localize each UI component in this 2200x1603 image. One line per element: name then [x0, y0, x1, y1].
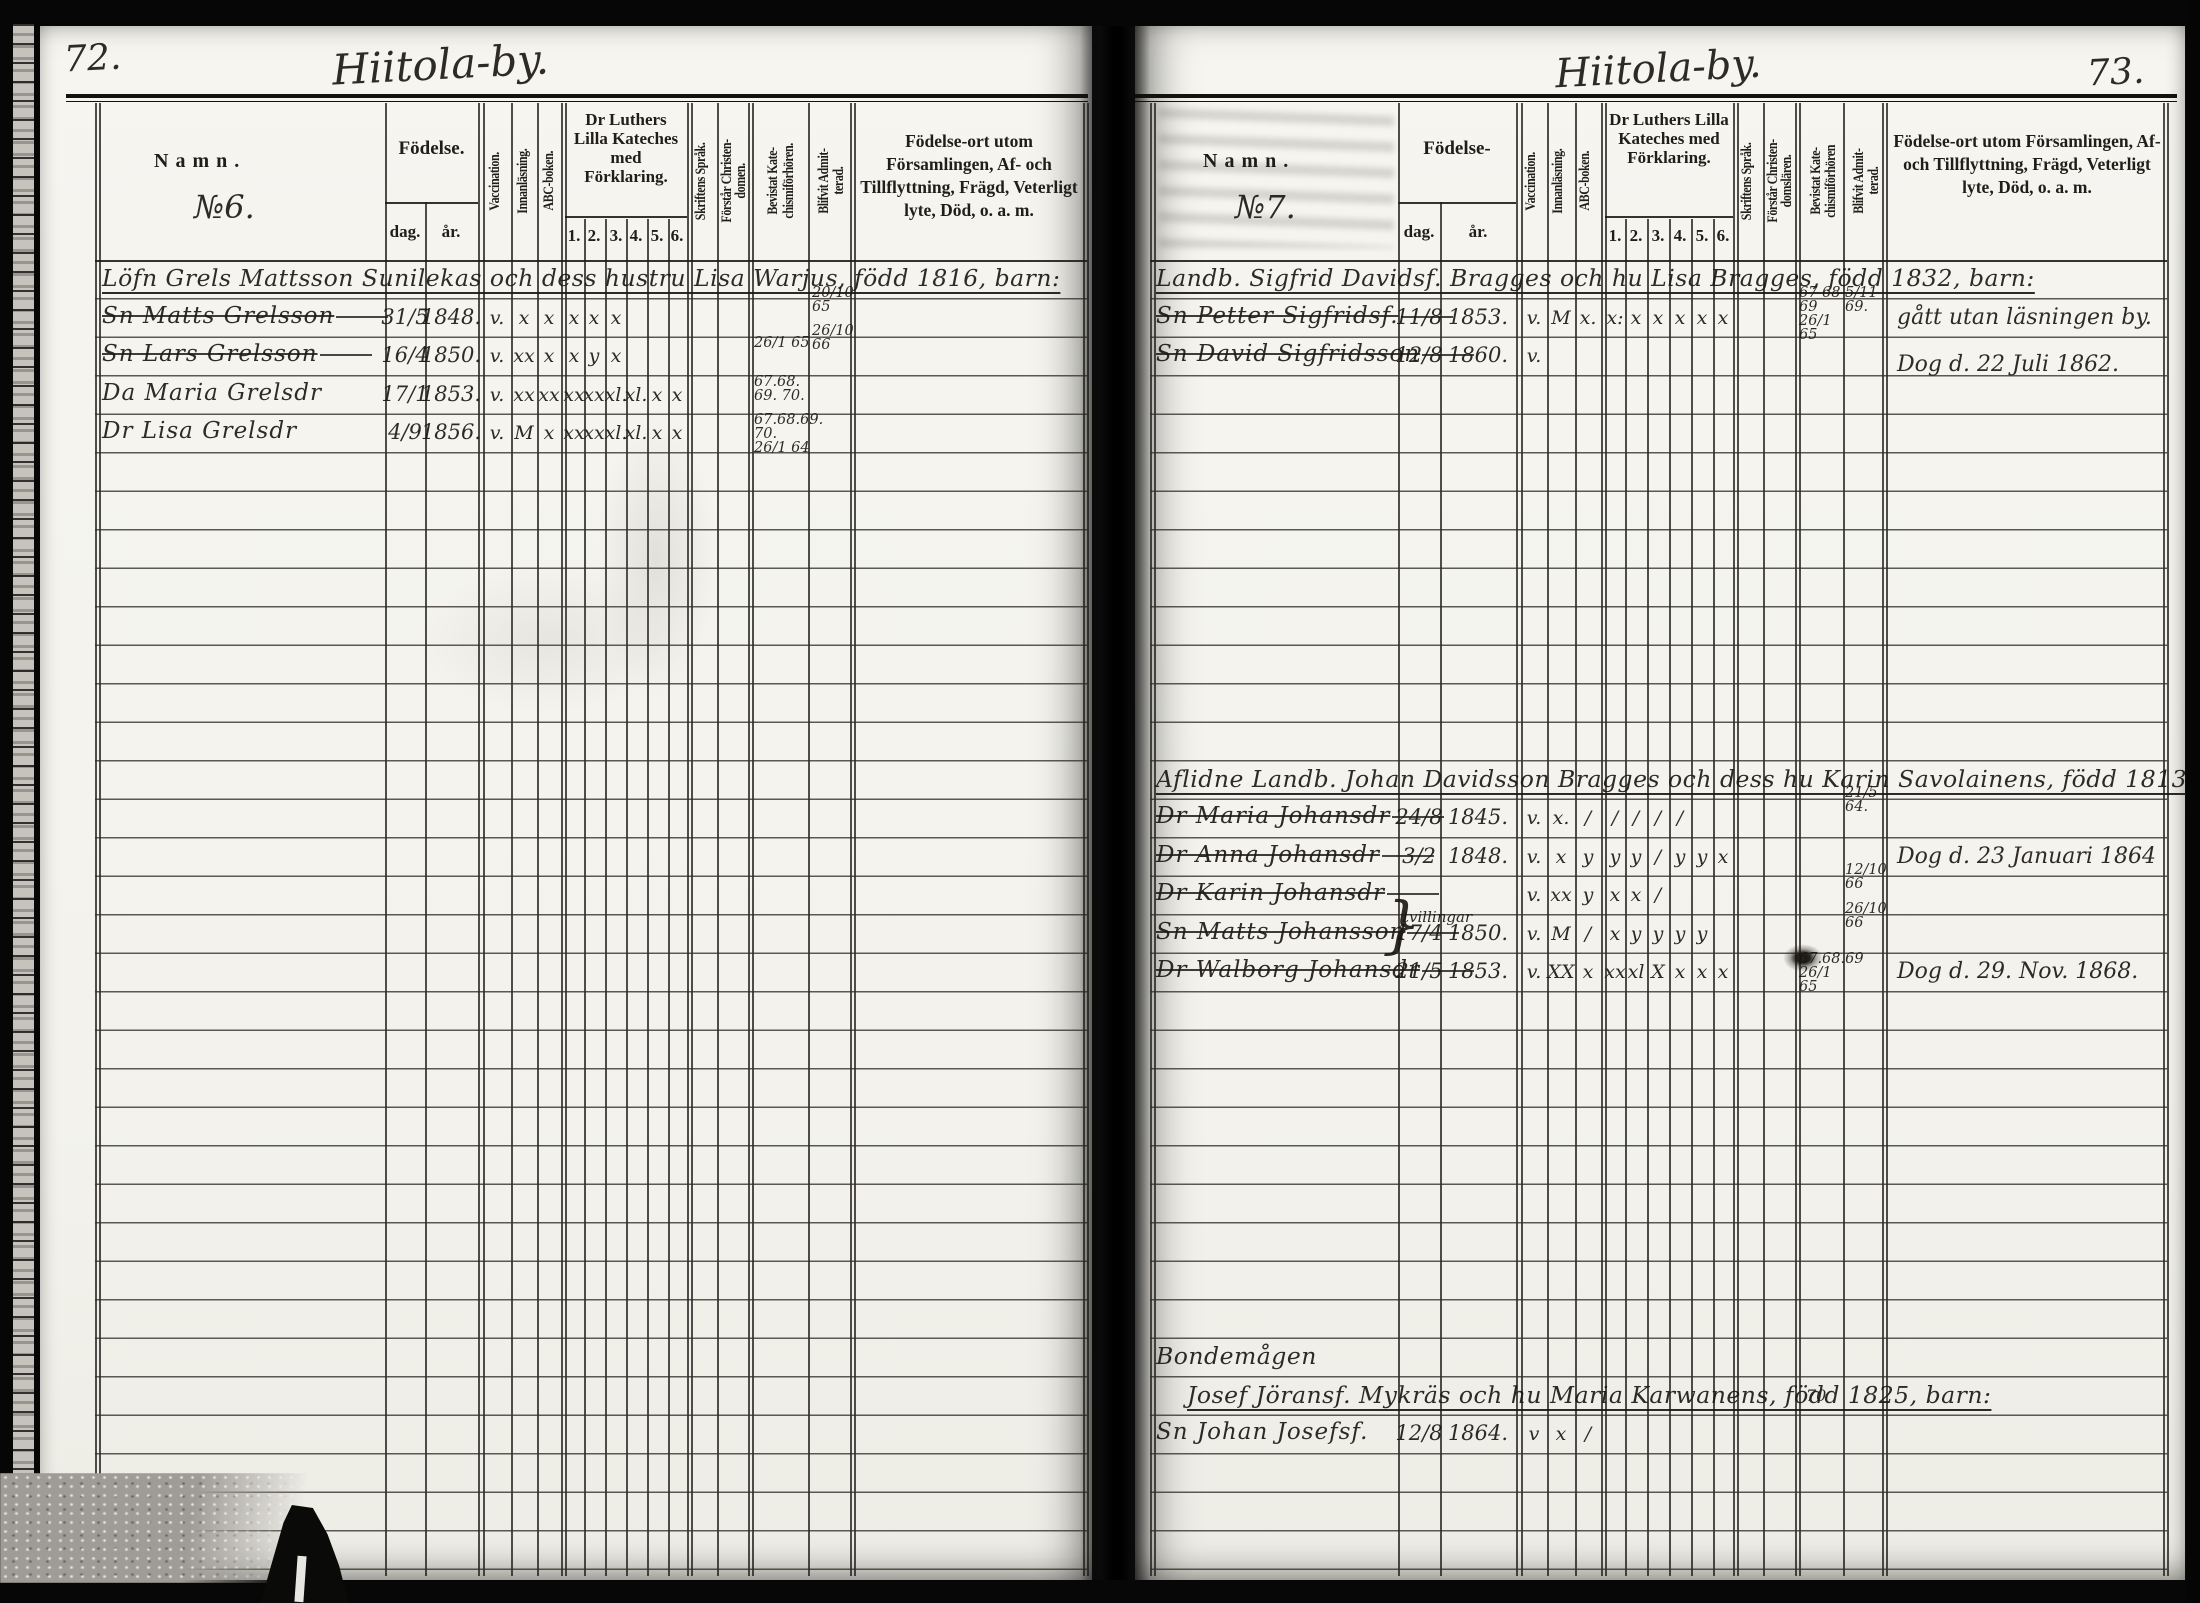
mark-k3: x: [1653, 307, 1664, 329]
header-ar: år.: [1469, 222, 1488, 242]
family-heading: Löfn Grels Mattsson Sunilekas och dess h…: [102, 264, 1060, 292]
birth-year: 1853.: [1448, 959, 1508, 983]
header-fodelseort: Födelse-ort utom Församlingen, Af- och T…: [858, 130, 1080, 222]
table-row: Dr Karin Johansdr v. xx y x x / 12/10 66: [1135, 877, 2185, 916]
birth-day: 12/8: [1395, 1421, 1442, 1445]
mark-vaccination: v.: [1527, 345, 1542, 367]
mark-abc: /: [1585, 807, 1591, 829]
admitted-note: 12/10 66: [1845, 863, 1887, 891]
header-k1: 1.: [1609, 226, 1622, 246]
admitted-note: 26/10 66: [1845, 902, 1887, 930]
mark-vaccination: v.: [490, 307, 505, 329]
mark-k3: X: [1651, 961, 1665, 983]
mark-k3: x: [611, 345, 622, 367]
mark-innanlasning: x.: [1553, 807, 1570, 829]
table-row: Dr Walborg Johansdr 21/5 1853. v. XX x x…: [1135, 954, 2185, 993]
remark-note: gått utan läsningen by.: [1897, 305, 2152, 330]
mark-k1: x: [569, 345, 580, 367]
header-bevistat-2: chismiförhören.: [781, 121, 798, 241]
mark-k1: /: [1612, 807, 1618, 829]
scan-edge-top: [0, 0, 2200, 26]
top-rule-2: [1135, 101, 2177, 103]
entry-name: Sn Matts Grelsson: [102, 303, 388, 329]
header-dag: dag.: [390, 222, 421, 242]
birth-day: 24/8: [1395, 805, 1442, 829]
header-divider: [565, 216, 687, 218]
header-kateches: Dr Luthers Lilla Kateches med Förklaring…: [1607, 110, 1731, 167]
mark-k4: x: [1675, 307, 1686, 329]
page-number-left: 72.: [63, 37, 122, 81]
header-namn: Namn.: [154, 150, 246, 173]
header-divider: [385, 202, 478, 204]
mark-k1: xx: [563, 422, 584, 444]
table-row: Dr Anna Johansdr 3/2 1848. v. x y y y / …: [1135, 839, 2185, 878]
mark-k2: x: [589, 307, 600, 329]
admitted-note: 5/11 69.: [1845, 286, 1887, 314]
mark-k4: /: [1677, 807, 1683, 829]
header-fodelse: Födelse.: [385, 138, 478, 160]
mark-k5: y: [1697, 846, 1708, 868]
header-k2: 2.: [1630, 226, 1643, 246]
ink-bleed-ghost: [1159, 108, 1394, 248]
table-row: Sn Matts Grelsson 31/5 1848. v. x x x x …: [36, 300, 1092, 339]
header-k4: 4.: [630, 226, 643, 246]
mark-k2: y: [1631, 923, 1642, 945]
mark-k4: x: [1675, 961, 1686, 983]
mark-k4: xl.: [625, 384, 648, 406]
ink-blot: [1783, 944, 1823, 972]
catechism-note: 67.68.69. 70. 26/1 64: [754, 413, 812, 455]
entry-name: Sn Lars Grelsson: [102, 341, 372, 367]
header-k2: 2.: [588, 226, 601, 246]
mark-vaccination: v.: [1527, 807, 1542, 829]
header-ar: år.: [442, 222, 461, 242]
birth-day: 4/9: [388, 420, 422, 444]
death-note: Dog d. 29. Nov. 1868.: [1897, 959, 2138, 984]
family-heading: Aflidne Landb. Johan Davidsson Bragges o…: [1156, 765, 2200, 793]
birth-year: 1860.: [1448, 343, 1508, 367]
mark-vaccination: v.: [1527, 884, 1542, 906]
mark-abc: /: [1585, 1423, 1591, 1445]
mark-k5: x: [652, 384, 663, 406]
mark-vaccination: v.: [490, 422, 505, 444]
birth-year: 1853.: [1448, 305, 1508, 329]
birth-day: 21/5: [1395, 959, 1442, 983]
mark-abc: x: [544, 422, 555, 444]
mark-k3: /: [1655, 846, 1661, 868]
village-title-left: Hiitola-by.: [331, 34, 550, 94]
header-k5: 5.: [651, 226, 664, 246]
birth-day: 17/4: [1395, 921, 1442, 945]
mark-k5: y: [1697, 923, 1708, 945]
family-heading: Josef Jöransf. Mykräs och hu Maria Karwa…: [1187, 1381, 1991, 1409]
header-dag: dag.: [1404, 222, 1435, 242]
mark-k6: x: [1718, 307, 1729, 329]
catechism-note: 67 68 69 26/1 65: [1799, 286, 1845, 342]
mark-abc: x: [544, 307, 555, 329]
village-title-right: Hiitola-by.: [1554, 41, 1763, 98]
header-bevistat-2: chismiförhören: [1823, 121, 1840, 241]
mark-k1: x: [569, 307, 580, 329]
mark-abc: x: [544, 345, 555, 367]
mark-k2: xx: [583, 422, 604, 444]
mark-vaccination: v: [1529, 1423, 1540, 1445]
header-kateches: Dr Luthers Lilla Kateches med Förklaring…: [567, 110, 685, 186]
family-heading: Landb. Sigfrid Davidsf. Bragges och hu L…: [1156, 264, 2035, 292]
family-heading-row: Löfn Grels Mattsson Sunilekas och dess h…: [36, 261, 1092, 300]
header-admitterad-2: terad.: [831, 121, 848, 241]
mark-innanlasning: x: [519, 307, 530, 329]
admitted-note: 21/5 64.: [1845, 786, 1887, 814]
header-innanlasning: Innanläsning.: [515, 121, 532, 241]
header-k5: 5.: [1696, 226, 1709, 246]
scanned-parish-register-spread: 72. Hiitola-by. Namn. №6. Födelse. dag. …: [0, 0, 2200, 1603]
mark-k3: /: [1655, 884, 1661, 906]
mark-abc: y: [1583, 884, 1594, 906]
header-k6: 6.: [671, 226, 684, 246]
mark-innanlasning: xx: [513, 345, 534, 367]
header-skriftens-sprak: Skriftens Språk.: [1739, 121, 1756, 241]
table-row: Sn David Sigfridsson 12/8 1860. v. Dog d…: [1135, 338, 2185, 377]
birth-year: 1848.: [1448, 844, 1508, 868]
header-k6: 6.: [1717, 226, 1730, 246]
top-rule: [1135, 94, 2177, 98]
mark-abc: x: [1583, 961, 1594, 983]
mark-innanlasning: M: [514, 422, 533, 444]
entry-name: Dr Anna Johansdr: [1156, 842, 1434, 868]
mark-k3: /: [1655, 807, 1661, 829]
mark-innanlasning: XX: [1547, 961, 1574, 983]
table-row: Da Maria Grelsdr 17/1 1853. v. xx xx xx …: [36, 377, 1092, 416]
header-k1: 1.: [568, 226, 581, 246]
mark-k1: xx: [1604, 961, 1625, 983]
mark-k3: y: [1653, 923, 1664, 945]
header-innanlasning: Innanläsning.: [1550, 121, 1567, 241]
header-fodelse: Födelse-: [1398, 138, 1516, 160]
row-lines: [95, 261, 1087, 1571]
mark-k2: y: [589, 345, 600, 367]
mark-abc: x.: [1580, 307, 1597, 329]
mark-k2: x: [1631, 884, 1642, 906]
entry-name: Da Maria Grelsdr: [102, 380, 322, 406]
header-abc-boken: ABC-boken.: [541, 121, 558, 241]
catechism-note: 67.68. 69. 70.: [754, 375, 812, 403]
mark-abc: /: [1585, 923, 1591, 945]
birth-day: 11/8: [1395, 305, 1442, 329]
birth-year: 1848.: [421, 305, 481, 329]
header-divider: [1605, 216, 1733, 218]
birth-day: 12/8: [1395, 343, 1442, 367]
table-row: Sn Johan Josefsf. 12/8 1864. v x /: [1135, 1416, 2185, 1455]
header-admitterad-2: terad.: [1866, 121, 1883, 241]
family-number-label: №7.: [1235, 188, 1296, 226]
mark-k2: x: [1631, 307, 1642, 329]
mark-innanlasning: xx: [513, 384, 534, 406]
header-skriftens-sprak: Skriftens Språk.: [693, 121, 710, 241]
mark-k2: y: [1631, 846, 1642, 868]
header-forstar-2: domslären.: [1779, 121, 1796, 241]
mark-innanlasning: M: [1551, 307, 1570, 329]
header-k3: 3.: [1652, 226, 1665, 246]
mark-k1: x: [1610, 884, 1621, 906]
mark-innanlasning: x: [1556, 846, 1567, 868]
mark-vaccination: v.: [1527, 961, 1542, 983]
mark-k5: x: [1697, 307, 1708, 329]
smudge: [416, 564, 676, 714]
mark-k2: /: [1633, 807, 1639, 829]
header-vaccination: Vaccination.: [487, 121, 504, 241]
birth-year: 1856.: [421, 420, 481, 444]
mark-vaccination: v.: [1527, 846, 1542, 868]
mark-k3: x: [611, 307, 622, 329]
admitted-note: 20/10 65: [812, 286, 856, 314]
birth-year: 1850.: [1448, 921, 1508, 945]
header-namn: Namn.: [1203, 150, 1295, 173]
header-k4: 4.: [1674, 226, 1687, 246]
mark-k6: x: [672, 384, 683, 406]
death-note: Dog d. 23 Januari 1864: [1897, 844, 2156, 869]
table-row: Sn Petter Sigfridsf. 11/8 1853. v. M x. …: [1135, 300, 2185, 339]
header-k3: 3.: [610, 226, 623, 246]
header-divider: [1398, 202, 1516, 204]
admitted-note: 26/10 66: [812, 324, 856, 352]
family-heading-row: Josef Jöransf. Mykräs och hu Maria Karwa…: [1135, 1378, 2185, 1417]
mark-innanlasning: M: [1551, 923, 1570, 945]
mark-vaccination: v.: [490, 384, 505, 406]
table-row: Sn Lars Grelsson 16/4 1850. v. xx x x y …: [36, 338, 1092, 377]
table-row: Dr Maria Johansdr 24/8 1845. v. x. / / /…: [1135, 800, 2185, 839]
family-heading-row: Landb. Sigfrid Davidsf. Bragges och hu L…: [1135, 261, 2185, 300]
birth-year: 1850.: [421, 343, 481, 367]
entry-name: Dr Lisa Grelsdr: [102, 418, 297, 444]
mark-k2: xx: [583, 384, 604, 406]
mark-innanlasning: x: [1556, 1423, 1567, 1445]
family-heading-row: Aflidne Landb. Johan Davidsson Bragges o…: [1135, 762, 2185, 801]
mark-k6: x: [1718, 846, 1729, 868]
page-right: 73. Hiitola-by. Namn. №7. Födelse- dag. …: [1135, 24, 2185, 1582]
family-number-label: №6.: [194, 188, 255, 226]
mark-k6: x: [1718, 961, 1729, 983]
death-note: Dog d. 22 Juli 1862.: [1897, 352, 2119, 377]
mark-vaccination: v.: [490, 345, 505, 367]
header-abc-boken: ABC-boken.: [1577, 121, 1594, 241]
mark-k1: xx: [563, 384, 584, 406]
page-left: 72. Hiitola-by. Namn. №6. Födelse. dag. …: [36, 24, 1092, 1582]
mark-k1: x:: [1606, 307, 1623, 329]
page-number-right: 73.: [2086, 51, 2145, 95]
entry-name: Sn Johan Josefsf.: [1156, 1419, 1368, 1445]
mark-abc: xx: [538, 384, 559, 406]
mark-k1: x: [1610, 923, 1621, 945]
family-heading-occupation: Bondemågen: [1156, 1342, 1317, 1370]
mark-innanlasning: xx: [1550, 884, 1571, 906]
birth-day: 3/2: [1402, 844, 1436, 868]
mark-k4: y: [1675, 846, 1686, 868]
mark-vaccination: v.: [1527, 307, 1542, 329]
top-rule: [66, 94, 1088, 98]
birth-year: 1845.: [1448, 805, 1508, 829]
table-row: Sn Matts Johansson } tvillingar 17/4 185…: [1135, 916, 2185, 955]
mark-abc: y: [1583, 846, 1594, 868]
birth-year: 1853.: [421, 382, 481, 406]
table-row: Dr Lisa Grelsdr 4/9 1856. v. M x xx xx x…: [36, 415, 1092, 454]
page-stack-edge: [13, 24, 34, 1580]
family-heading-row: Bondemågen: [1135, 1339, 2185, 1378]
birth-year: 1864.: [1448, 1421, 1508, 1445]
catechism-note: 26/1 65: [754, 336, 812, 350]
header-vaccination: Vaccination.: [1523, 121, 1540, 241]
header-fodelseort: Födelse-ort utom Församlingen, Af- och T…: [1891, 130, 2163, 199]
stray-mark: 70: [1806, 1386, 1826, 1405]
top-rule-2: [66, 101, 1088, 103]
mark-k5: x: [1697, 961, 1708, 983]
mark-k4: y: [1675, 923, 1686, 945]
mark-k2: xl: [1628, 961, 1645, 983]
scan-edge-right: [2186, 0, 2200, 1603]
header-bevistat-1: Bevistat Kate-: [765, 121, 782, 241]
mark-k1: y: [1610, 846, 1621, 868]
mark-vaccination: v.: [1527, 923, 1542, 945]
